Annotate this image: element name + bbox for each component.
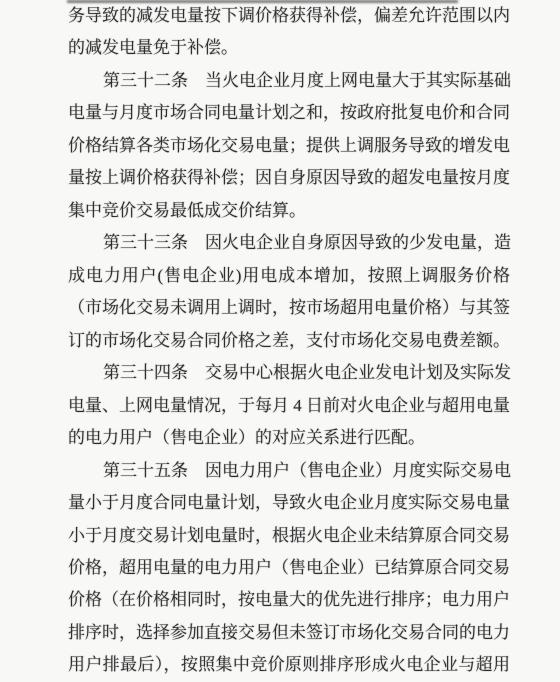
text-line: 的电力用户（售电企业）的对应关系进行匹配。: [68, 422, 510, 454]
text-line: 量小于月度合同电量计划，导致火电企业月度实际交易电量: [68, 487, 510, 519]
text-line-article-32: 第三十二条 当火电企业月度上网电量大于其实际基础: [68, 65, 510, 97]
text-line: 的减发电量免于补偿。: [68, 32, 510, 64]
text-line: 价格（在价格相同时，按电量大的优先进行排序；电力用户: [68, 584, 510, 616]
text-line: 成电力用户(售电企业)用电成本增加，按照上调服务价格: [68, 260, 510, 292]
text-line-article-33: 第三十三条 因火电企业自身原因导致的少发电量，造: [68, 227, 510, 259]
text-line-article-35: 第三十五条 因电力用户（售电企业）月度实际交易电: [68, 455, 510, 487]
text-line: 集中竞价交易最低成交价结算。: [68, 195, 510, 227]
text-line: 量按上调价格获得补偿；因自身原因导致的超发电量按月度: [68, 162, 510, 194]
text-line: 订的市场化交易合同价格之差，支付市场化交易电费差额。: [68, 325, 510, 357]
text-line-article-34: 第三十四条 交易中心根据火电企业发电计划及实际发: [68, 357, 510, 389]
text-line: 用户排最后），按照集中竞价原则排序形成火电企业与超用: [68, 649, 510, 681]
text-line: 小于月度交易计划电量时，根据火电企业未结算原合同交易: [68, 520, 510, 552]
document-page: 务导致的减发电量按下调价格获得补偿，偏差允许范围以内 的减发电量免于补偿。 第三…: [0, 0, 560, 682]
text-line: 电量与月度市场合同电量计划之和，按政府批复电价和合同: [68, 97, 510, 129]
text-line: 电量、上网电量情况，于每月 4 日前对火电企业与超用电量: [68, 390, 510, 422]
document-body: 务导致的减发电量按下调价格获得补偿，偏差允许范围以内 的减发电量免于补偿。 第三…: [68, 0, 510, 682]
text-line: 价格结算各类市场化交易电量；提供上调服务导致的增发电: [68, 130, 510, 162]
text-line: 价格，超用电量的电力用户（售电企业）已结算原合同交易: [68, 552, 510, 584]
text-line: 排序时，选择参加直接交易但未签订市场化交易合同的电力: [68, 617, 510, 649]
text-line: （市场化交易未调用上调时，按市场超用电量价格）与其签: [68, 292, 510, 324]
text-line: 务导致的减发电量按下调价格获得补偿，偏差允许范围以内: [68, 0, 510, 32]
